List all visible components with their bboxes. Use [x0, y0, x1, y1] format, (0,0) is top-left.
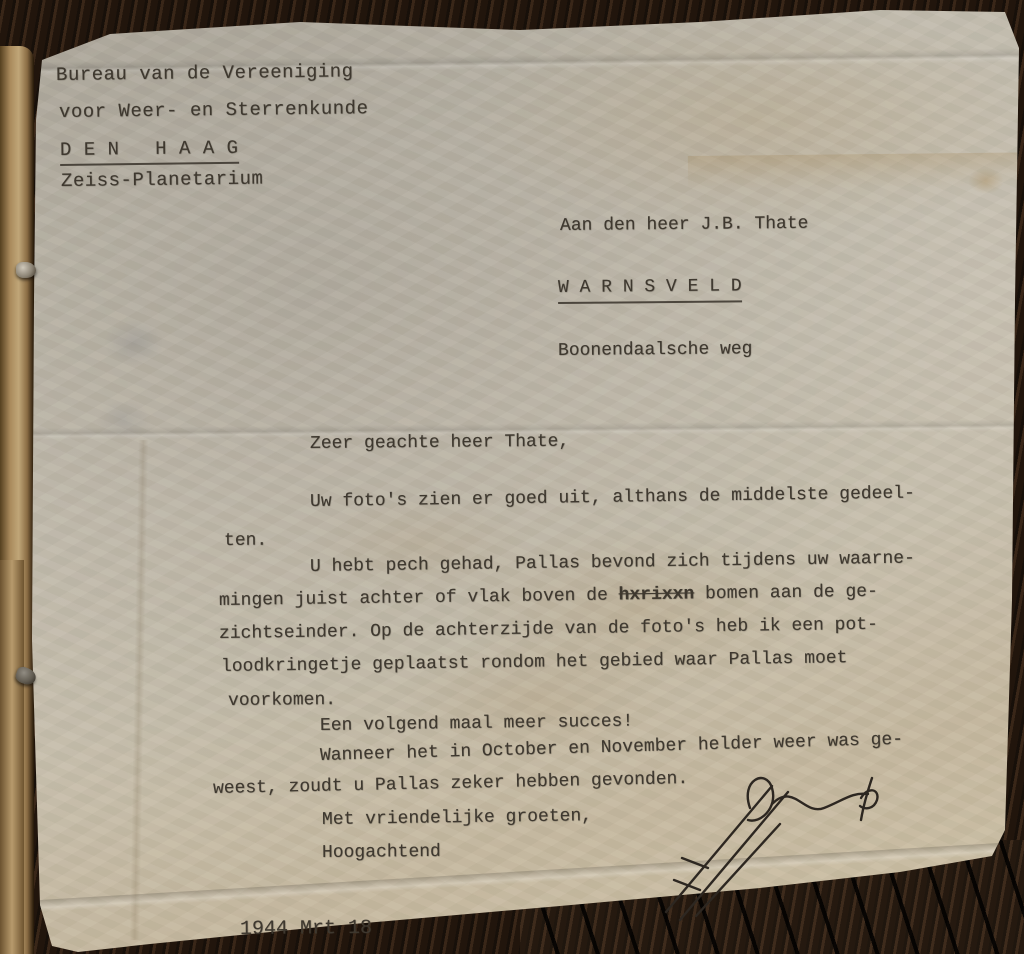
- closing-regards: Met vriendelijke groeten,: [322, 806, 592, 831]
- body-line-part: mingen juist achter of vlak boven de: [219, 585, 619, 611]
- ink-bleedthrough-smudge: [104, 320, 164, 366]
- album-page-edge-lower: [0, 560, 24, 954]
- addressee-street: Boonendaalsche weg: [558, 339, 753, 362]
- staple: [16, 262, 36, 278]
- body-line: Een volgend maal meer succes!: [320, 712, 634, 738]
- date-stamp: 1944 Mrt 18: [240, 917, 372, 942]
- salutation: Zeer geachte heer Thate,: [310, 432, 569, 456]
- handwritten-signature: [652, 762, 922, 932]
- letterhead-department: Zeiss-Planetarium: [61, 168, 264, 193]
- ink-bleedthrough-smudge: [96, 400, 152, 440]
- struck-out-word: hxrixxn: [618, 584, 694, 605]
- body-line-part: bomen aan de ge-: [694, 582, 878, 605]
- letterhead-org-line1: Bureau van de Vereeniging: [56, 60, 354, 86]
- foxing-stain: [968, 168, 1004, 194]
- letterhead-city: D E N H A A G: [60, 137, 239, 166]
- body-line: voorkomen.: [228, 690, 336, 713]
- addressee-name: Aan den heer J.B. Thate: [560, 214, 809, 238]
- closing-respectfully: Hoogachtend: [322, 842, 441, 865]
- body-line: ten.: [224, 531, 267, 553]
- letterhead-org-line2: voor Weer- en Sterrenkunde: [59, 97, 369, 124]
- photographed-letter-scene: Bureau van de Vereeniging voor Weer- en …: [0, 0, 1024, 954]
- addressee-city: W A R N S V E L D: [558, 276, 742, 303]
